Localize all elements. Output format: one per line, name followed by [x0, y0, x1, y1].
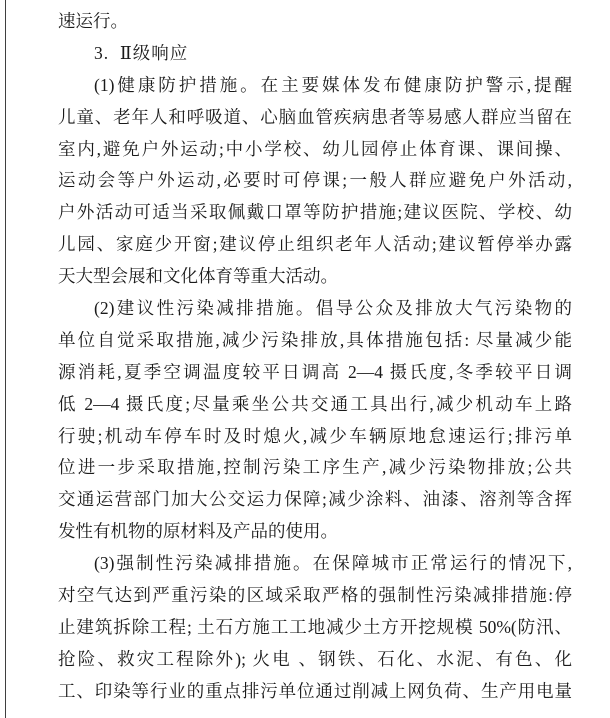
text-line: 发性有机物的原材料及产品的使用。 — [58, 516, 572, 548]
text-line: 对空气达到严重污染的区域采取严格的强制性污染减排措施:停 — [58, 580, 572, 612]
text-line: 天大型会展和文化体育等重大活动。 — [58, 261, 572, 293]
text-line: 行驶;机动车停车时及时熄火,减少车辆原地怠速运行;排污单 — [58, 421, 572, 453]
text-line: 运动会等户外运动,必要时可停课;一般人群应避免户外活动, — [58, 165, 572, 197]
text-line: 抢险、救灾工程除外); 火电 、钢铁、石化、水泥、有色、化 — [58, 644, 572, 676]
text-line: 止建筑拆除工程; 土石方施工工地减少土方开挖规模 50%(防汛、 — [58, 612, 572, 644]
text-line: (1)健康防护措施。在主要媒体发布健康防护警示,提醒 — [58, 70, 572, 102]
text-line: 单位自觉采取措施,减少污染排放,具体措施包括: 尽量减少能 — [58, 325, 572, 357]
paragraph-continuation-from-previous-page: 速运行。 — [58, 6, 572, 38]
document-body: 速运行。3. Ⅱ级响应(1)健康防护措施。在主要媒体发布健康防护警示,提醒儿童、… — [58, 6, 572, 708]
text-line: 3. Ⅱ级响应 — [58, 38, 572, 70]
text-line: 工、印染等行业的重点排污单位通过削减上网负荷、生产用电量 — [58, 676, 572, 708]
paragraph-item-2-suggested-emission-reduction-measures: (2)建议性污染减排措施。倡导公众及排放大气污染物的单位自觉采取措施,减少污染排… — [58, 293, 572, 548]
text-line: 位进一步采取措施,控制污染工序生产,减少污染物排放;公共 — [58, 452, 572, 484]
text-line: 速运行。 — [58, 6, 572, 38]
text-line: (2)建议性污染减排措施。倡导公众及排放大气污染物的 — [58, 293, 572, 325]
text-line: 儿童、老年人和呼吸道、心脑血管疾病患者等易感人群应当留在 — [58, 102, 572, 134]
text-line: 儿园、家庭少开窗;建议停止组织老年人活动;建议暂停举办露 — [58, 229, 572, 261]
text-line: 户外活动可适当采取佩戴口罩等防护措施;建议医院、学校、幼 — [58, 197, 572, 229]
text-line: 室内,避免户外运动;中小学校、幼儿园停止体育课、课间操、 — [58, 134, 572, 166]
text-line: 低 2—4 摄氏度;尽量乘坐公共交通工具出行,减少机动车上路 — [58, 389, 572, 421]
page-left-border-line — [5, 0, 6, 718]
text-line: 交通运营部门加大公交运力保障;减少涂料、油漆、溶剂等含挥 — [58, 484, 572, 516]
paragraph-item-1-health-protection-measures: (1)健康防护措施。在主要媒体发布健康防护警示,提醒儿童、老年人和呼吸道、心脑血… — [58, 70, 572, 293]
paragraph-heading-level-2-response: 3. Ⅱ级响应 — [58, 38, 572, 70]
text-line: 源消耗,夏季空调温度较平日调高 2—4 摄氏度,冬季较平日调 — [58, 357, 572, 389]
document-page: 速运行。3. Ⅱ级响应(1)健康防护措施。在主要媒体发布健康防护警示,提醒儿童、… — [0, 0, 610, 718]
paragraph-item-3-mandatory-emission-reduction-measures: (3)强制性污染减排措施。在保障城市正常运行的情况下,对空气达到严重污染的区域采… — [58, 548, 572, 707]
text-line: (3)强制性污染减排措施。在保障城市正常运行的情况下, — [58, 548, 572, 580]
